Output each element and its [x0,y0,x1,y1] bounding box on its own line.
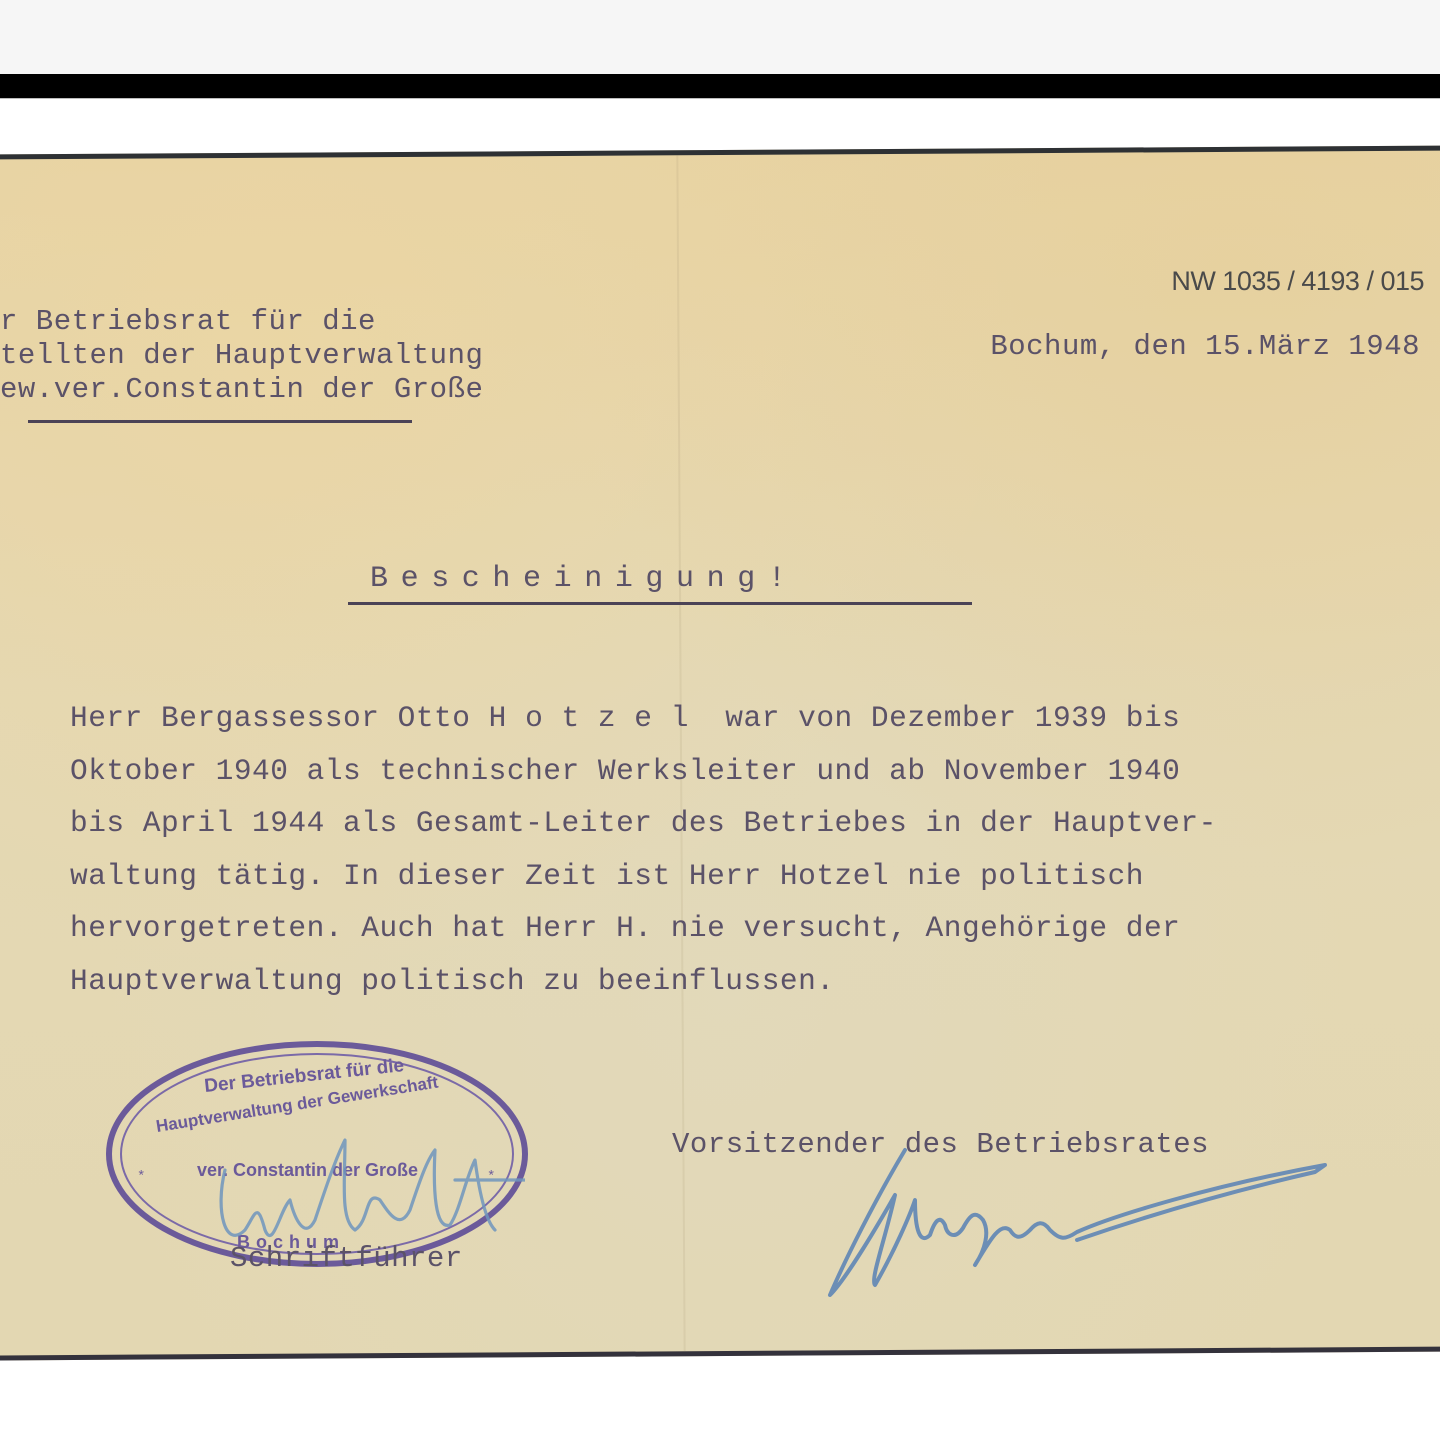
body-line-1: Herr Bergassessor Otto H o t z e l war v… [70,692,1217,745]
frame-bar [0,74,1440,99]
body-line-5: hervorgetreten. Auch hat Herr H. nie ver… [70,902,1217,955]
document-title: Bescheinigung! [370,562,798,596]
top-margin [0,0,1440,74]
body-line-3: bis April 1944 als Gesamt-Leiter des Bet… [70,797,1217,850]
sender-line-3: ew.ver.Constantin der Große [0,373,483,407]
body-line-4: waltung tätig. In dieser Zeit ist Herr H… [70,850,1217,903]
clerk-signature [195,1120,525,1260]
sender-underline [28,420,412,423]
certificate-body: Herr Bergassessor Otto H o t z e l war v… [70,692,1217,1007]
archive-reference: NW 1035 / 4193 / 015 [1171,266,1424,297]
clerk-label: Schriftführer [230,1242,463,1275]
chairman-signature [815,1140,1335,1305]
body-line-2: Oktober 1940 als technischer Werksleiter… [70,745,1217,798]
stamp-star-icon: * [137,1169,145,1185]
title-underline [348,602,972,605]
place-date: Bochum, den 15.März 1948 [990,330,1420,363]
body-line-6: Hauptverwaltung politisch zu beeinflusse… [70,955,1217,1008]
sender-line-2: tellten der Hauptverwaltung [0,339,483,373]
sender-line-1: r Betriebsrat für die [0,305,483,339]
sender-block: r Betriebsrat für dietellten der Hauptve… [0,305,483,407]
